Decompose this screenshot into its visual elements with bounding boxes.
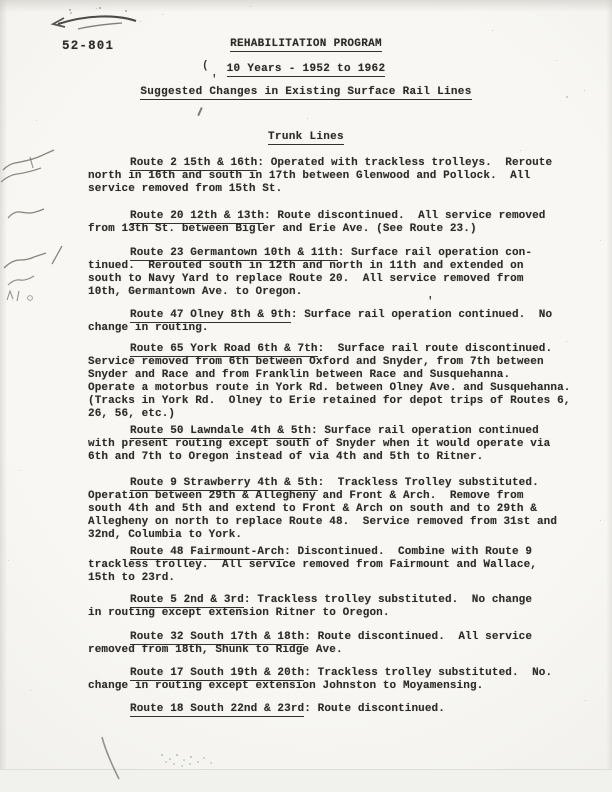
document-title: REHABILITATION PROGRAM xyxy=(0,38,612,50)
scanned-document-page: ( ' ' 52-801 REHABILITATION PROGRAM 10 Y… xyxy=(0,0,612,792)
route-heading: Route 50 Lawndale 4th & 5th xyxy=(130,425,311,439)
route-paragraph: Route 32 South 17th & 18th: Route discon… xyxy=(88,631,532,657)
speck xyxy=(585,700,586,701)
route-heading: Route 2 15th & 16th xyxy=(130,157,257,171)
route-text-line: Allegheny on north to replace Route 48. … xyxy=(88,516,557,529)
speck xyxy=(8,560,9,561)
route-text: : Trackless trolley substituted. No chan… xyxy=(244,594,532,606)
route-text-line: trackless trolley. All service removed f… xyxy=(88,559,537,572)
route-heading: Route 23 Germantown 10th & 11th xyxy=(130,247,338,261)
route-text: : Route discontinued. All service xyxy=(304,631,532,643)
route-text-line: 15th to 23rd. xyxy=(88,572,537,585)
route-text: : Route discontinued. All service remove… xyxy=(264,210,545,222)
route-text-line: from 13th St. between Bigler and Erie Av… xyxy=(88,223,545,236)
handwritten-margin-note-icon xyxy=(0,240,66,304)
speck xyxy=(556,60,557,61)
route-heading: Route 18 South 22nd & 23rd xyxy=(130,703,304,717)
route-text-line: 32nd, Columbia to York. xyxy=(88,529,557,542)
route-text-line: with present routing except south of Sny… xyxy=(88,438,550,451)
route-paragraph: Route 5 2nd & 3rd: Trackless trolley sub… xyxy=(88,594,532,620)
speck xyxy=(162,14,163,15)
speck xyxy=(600,520,601,521)
route-heading: Route 20 12th & 13th xyxy=(130,210,264,224)
speck xyxy=(492,30,493,31)
document-subtitle-2: Suggested Changes in Existing Surface Ra… xyxy=(0,86,612,98)
route-heading: Route 48 Fairmount-Arch xyxy=(130,546,284,560)
title-line-1: REHABILITATION PROGRAM xyxy=(230,38,382,52)
handwritten-margin-note-icon xyxy=(6,206,46,222)
route-heading: Route 5 2nd & 3rd xyxy=(130,594,244,608)
route-text-line: 10th, Germantown Ave. to Oregon. xyxy=(88,286,532,299)
route-text-line: Operation between 29th & Allegheny and F… xyxy=(88,490,557,503)
route-text-line: tinued. Rerouted south in 12th and north… xyxy=(88,260,532,273)
route-paragraph: Route 20 12th & 13th: Route discontinued… xyxy=(88,210,545,236)
route-paragraph: Route 50 Lawndale 4th & 5th: Surface rai… xyxy=(88,425,550,464)
speck xyxy=(520,150,521,151)
route-text-line: change in routing. xyxy=(88,322,552,335)
route-paragraph: Route 23 Germantown 10th & 11th: Surface… xyxy=(88,247,532,299)
route-text-line: (Tracks in York Rd. Olney to Erie retain… xyxy=(88,395,570,408)
route-text: : Route discontinued. xyxy=(304,703,445,715)
title-line-3: Suggested Changes in Existing Surface Ra… xyxy=(140,86,471,100)
route-text-line: south 4th and 5th and extend to Front & … xyxy=(88,503,557,516)
route-heading: Route 32 South 17th & 18th xyxy=(130,631,304,645)
speck xyxy=(600,240,601,241)
speck xyxy=(566,96,568,98)
speck xyxy=(140,21,141,22)
title-line-2: 10 Years - 1952 to 1962 xyxy=(227,63,386,77)
route-paragraph: Route 48 Fairmount-Arch: Discontinued. C… xyxy=(88,546,537,585)
route-heading: Route 65 York Road 6th & 7th xyxy=(130,343,318,357)
route-text-line: Service removed from 6th between Oxford … xyxy=(88,356,570,369)
route-heading: Route 47 Olney 8th & 9th xyxy=(130,309,291,323)
route-text: : Trackless Trolley substituted. xyxy=(318,477,539,489)
route-text-line: 26, 56, etc.) xyxy=(88,408,570,421)
handwritten-margin-note-icon xyxy=(0,148,58,192)
route-text: : Operated with trackless trolleys. Rero… xyxy=(257,157,552,169)
speck xyxy=(30,690,31,691)
route-paragraph: Route 18 South 22nd & 23rd: Route discon… xyxy=(88,703,445,716)
route-paragraph: Route 17 South 19th & 20th: Trackless tr… xyxy=(88,667,552,693)
route-text: : Surface rail operation continued. No xyxy=(291,309,552,321)
speck xyxy=(307,118,308,119)
route-paragraph: Route 9 Strawberry 4th & 5th: Trackless … xyxy=(88,477,557,542)
stray-mark xyxy=(197,107,202,116)
speck xyxy=(12,300,13,301)
route-paragraph: Route 47 Olney 8th & 9th: Surface rail o… xyxy=(88,309,552,335)
route-text-line: south to Navy Yard to replace Route 20. … xyxy=(88,273,532,286)
speck xyxy=(20,470,21,471)
route-text: : Surface rail operation con- xyxy=(338,247,532,259)
section-heading-text: Trunk Lines xyxy=(268,131,344,145)
speck xyxy=(566,341,567,342)
route-paragraph: Route 65 York Road 6th & 7th: Surface ra… xyxy=(88,343,570,421)
scan-edge-shadow-top xyxy=(0,0,612,12)
route-text-line: change in routing except extension Johns… xyxy=(88,680,552,693)
route-paragraph: Route 2 15th & 16th: Operated with track… xyxy=(88,157,552,196)
route-text-line: north in 16th and south in 17th between … xyxy=(88,170,552,183)
document-subtitle: 10 Years - 1952 to 1962 xyxy=(0,63,612,75)
route-text: : Discontinued. Combine with Route 9 xyxy=(284,546,532,558)
route-text: : Surface rail operation continued xyxy=(311,425,539,437)
speck xyxy=(70,12,72,14)
speck xyxy=(584,90,585,91)
scan-edge-shadow-left xyxy=(0,0,7,792)
route-text-line: Operate a motorbus route in York Rd. bet… xyxy=(88,382,570,395)
route-text: : Trackless trolley substituted. No. xyxy=(304,667,552,679)
route-text-line: removed from 18th, Shunk to Ridge Ave. xyxy=(88,644,532,657)
speck xyxy=(36,120,37,121)
section-heading: Trunk Lines xyxy=(0,131,612,143)
route-text-line: 6th and 7th to Oregon instead of via 4th… xyxy=(88,451,550,464)
route-text-line: in routing except extension Ritner to Or… xyxy=(88,607,532,620)
route-text: : Surface rail route discontinued. xyxy=(318,343,553,355)
speck xyxy=(250,6,251,7)
scan-edge-shadow-right xyxy=(606,0,612,792)
stray-mark: ' xyxy=(211,74,218,86)
route-text-line: service removed from 15th St. xyxy=(88,183,552,196)
route-heading: Route 17 South 19th & 20th xyxy=(130,667,304,681)
route-text-line: Snyder and Race and from Franklin betwee… xyxy=(88,369,570,382)
route-heading: Route 9 Strawberry 4th & 5th xyxy=(130,477,318,491)
speck xyxy=(96,8,97,9)
scan-bottom-edge xyxy=(0,769,612,792)
